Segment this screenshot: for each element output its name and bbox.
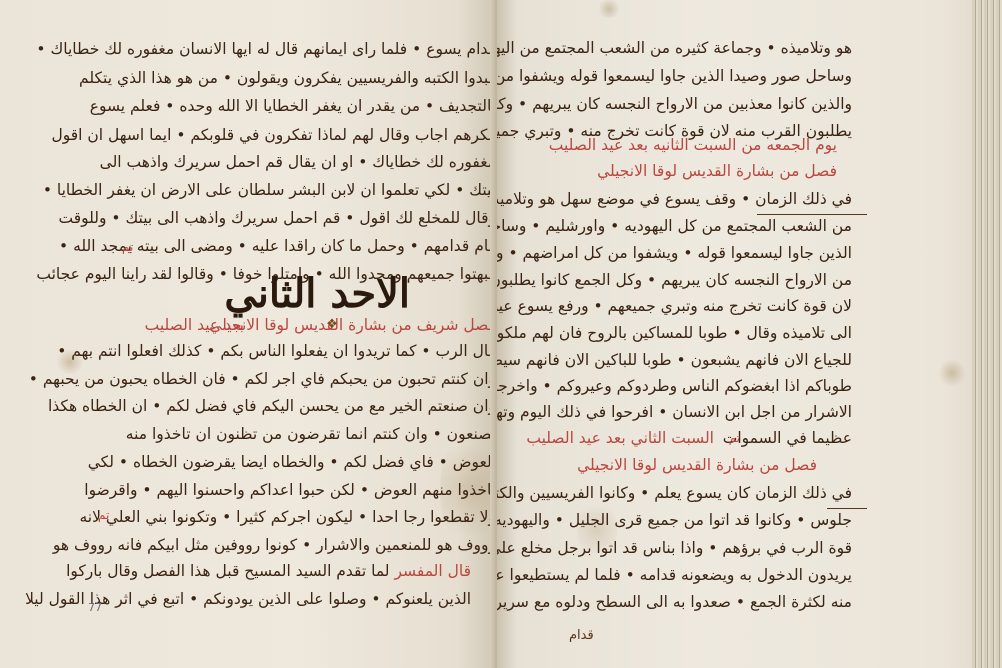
- text-line: وان كنتم تحبون من يحبكم فاي اجر لكم • فا…: [29, 366, 496, 392]
- text-line: جلوس • وكانوا قد اتوا من جميع قرى الجليل…: [497, 507, 852, 533]
- underline-rule: [827, 508, 867, 509]
- text-line: منه لكثرة الجمع • صعدوا به الى السطح ودل…: [497, 589, 852, 615]
- section-heading: الاحد الثاني: [224, 270, 410, 318]
- rubric-block-1: يوم الجمعه من السبت الثانيه بعد عيد الصل…: [537, 132, 837, 188]
- text-line: الاشرار من اجل ابن الانسان • افرحوا في ذ…: [497, 399, 852, 425]
- text-line: طوباكم اذا ابغضوكم الناس وطردوكم وعيروكم…: [497, 373, 852, 399]
- text-line: ياخذوا منهم العوض • لكن حبوا اعداكم واحس…: [84, 477, 496, 503]
- right-text-middle: في ذلك الزمان • وقف يسوع في موضع سهل هو …: [507, 186, 852, 426]
- catchword: قدام: [569, 628, 594, 643]
- left-text-bottom: قال الرب • كما تريدوا ان يفعلوا الناس بك…: [126, 338, 496, 568]
- ink-blot: [937, 360, 967, 386]
- margin-mark: تم: [122, 240, 133, 254]
- rubric-block-2: فصل من بشارة القديس لوقا الانجيلي: [567, 452, 817, 478]
- text-line: بيتك • لكي تعلموا ان لابن البشر سلطان عل…: [43, 177, 496, 203]
- text-line: وقال للمخلع لك اقول • قم احمل سريرك واذه…: [59, 205, 497, 231]
- text-line: والذين كانوا معذبين من الارواح النجسه كا…: [497, 91, 852, 117]
- text-line: فبدوا الكتبه والفريسيين يفكرون ويقولون •…: [79, 65, 496, 91]
- text-line: فكرهم اجاب وقال لهم لماذا تفكرون في قلوب…: [51, 122, 496, 148]
- text-line: يصنعون • وان كنتم انما تقرضون من تظنون ا…: [126, 421, 496, 447]
- rubric-line: فصل من بشارة القديس لوقا الانجيلي: [577, 452, 817, 478]
- closing-line: قال المفسر لما تقدم السيد المسيح قبل هذا…: [66, 558, 471, 584]
- ornament-icon: ❖: [326, 312, 338, 338]
- left-page: قدام يسوع • فلما راى ايمانهم قال له ايها…: [0, 0, 497, 668]
- text-line: للجياع الان فانهم يشبعون • طوبا للباكين …: [497, 347, 852, 373]
- commentator-rubric: قال المفسر: [394, 562, 471, 580]
- water-stain: [597, 0, 621, 18]
- text-line: مغفوره لك خطاياك • او ان يقال قم احمل سر…: [100, 149, 496, 175]
- rubric-line: يوم الجمعه من السبت الثانيه بعد عيد الصل…: [549, 132, 837, 158]
- rubric-text-left: بعد عيد الصليب: [145, 312, 244, 338]
- text-line: قوة الرب في برؤهم • واذا بناس قد اتوا بر…: [497, 535, 852, 561]
- text-line: رووف هو للمنعمين والاشرار • كونوا رووفين…: [53, 532, 496, 558]
- text-line: وان صنعتم الخير مع من يحسن اليكم فاي فضل…: [48, 393, 496, 419]
- page-edges: [972, 0, 1002, 668]
- text-line: في ذلك الزمان كان يسوع يعلم • وكانوا الف…: [497, 480, 852, 506]
- folio-number: 77: [88, 601, 102, 614]
- text-line: قدام يسوع • فلما راى ايمانهم قال له ايها…: [36, 36, 496, 62]
- text-line: قال الرب • كما تريدوا ان يفعلوا الناس بك…: [57, 338, 496, 364]
- text-line: الى تلاميذه وقال • طوبا للمساكين بالروح …: [497, 320, 852, 346]
- rubric-line: السبت الثاني بعد عيد الصليب: [526, 425, 714, 451]
- text-line: من الشعب المجتمع من كل اليهوديه • واورشل…: [497, 213, 852, 239]
- left-text-closing: قال المفسر لما تقدم السيد المسيح قبل هذا…: [126, 558, 471, 614]
- rubric-inline-line: عظيما في السموات تم السبت الثاني بعد عيد…: [507, 425, 852, 451]
- text-line: وساحل صور وصيدا الذين جاوا ليسمعوا قوله …: [497, 63, 852, 89]
- text-line: من الارواح النجسه كان يبريهم • وكل الجمع…: [497, 267, 852, 293]
- underline-rule: [757, 214, 867, 215]
- rubric-line: فصل من بشارة القديس لوقا الانجيلي: [597, 158, 837, 184]
- text-line: عظيما في السموات: [723, 425, 852, 451]
- closing-text: لما تقدم السيد المسيح قبل هذا الفصل وقال…: [66, 562, 389, 580]
- rubric-text-right: فصل شريف من بشارة القديس لوقا الانجيلي: [209, 312, 496, 338]
- text-line: لان قوة كانت تخرج منه وتبري جميعهم • ورف…: [497, 293, 852, 319]
- left-text-top: قدام يسوع • فلما راى ايمانهم قال له ايها…: [120, 36, 496, 276]
- margin-mark: تم: [98, 508, 109, 522]
- right-text-bottom: في ذلك الزمان كان يسوع يعلم • وكانوا الف…: [507, 480, 852, 620]
- text-line: الذين جاوا ليسمعوا قوله • ويشفوا من كل ا…: [497, 240, 852, 266]
- text-line: يريدون الدخول به ويضعونه قدامه • فلما لم…: [497, 562, 852, 588]
- text-line: في ذلك الزمان • وقف يسوع في موضع سهل هو …: [497, 186, 852, 212]
- text-line: ولا تقطعوا رجا احدا • ليكون اجركم كثيرا …: [79, 504, 496, 530]
- text-line: العوض • فاي فضل لكم • والخطاه ايضا يقرضو…: [88, 449, 496, 475]
- right-page: هو وتلاميذه • وجماعة كثيره من الشعب المج…: [497, 0, 1002, 668]
- rubric-line: فصل شريف من بشارة القديس لوقا الانجيلي ❖…: [126, 312, 496, 338]
- text-line: هو وتلاميذه • وجماعة كثيره من الشعب المج…: [497, 35, 852, 61]
- text-line: بالتجديف • من يقدر ان يغفر الخطايا الا ا…: [90, 93, 496, 119]
- right-text-top: هو وتلاميذه • وجماعة كثيره من الشعب المج…: [507, 35, 852, 145]
- manuscript-spread: قدام يسوع • فلما راى ايمانهم قال له ايها…: [0, 0, 1002, 668]
- end-mark: تم: [729, 425, 740, 451]
